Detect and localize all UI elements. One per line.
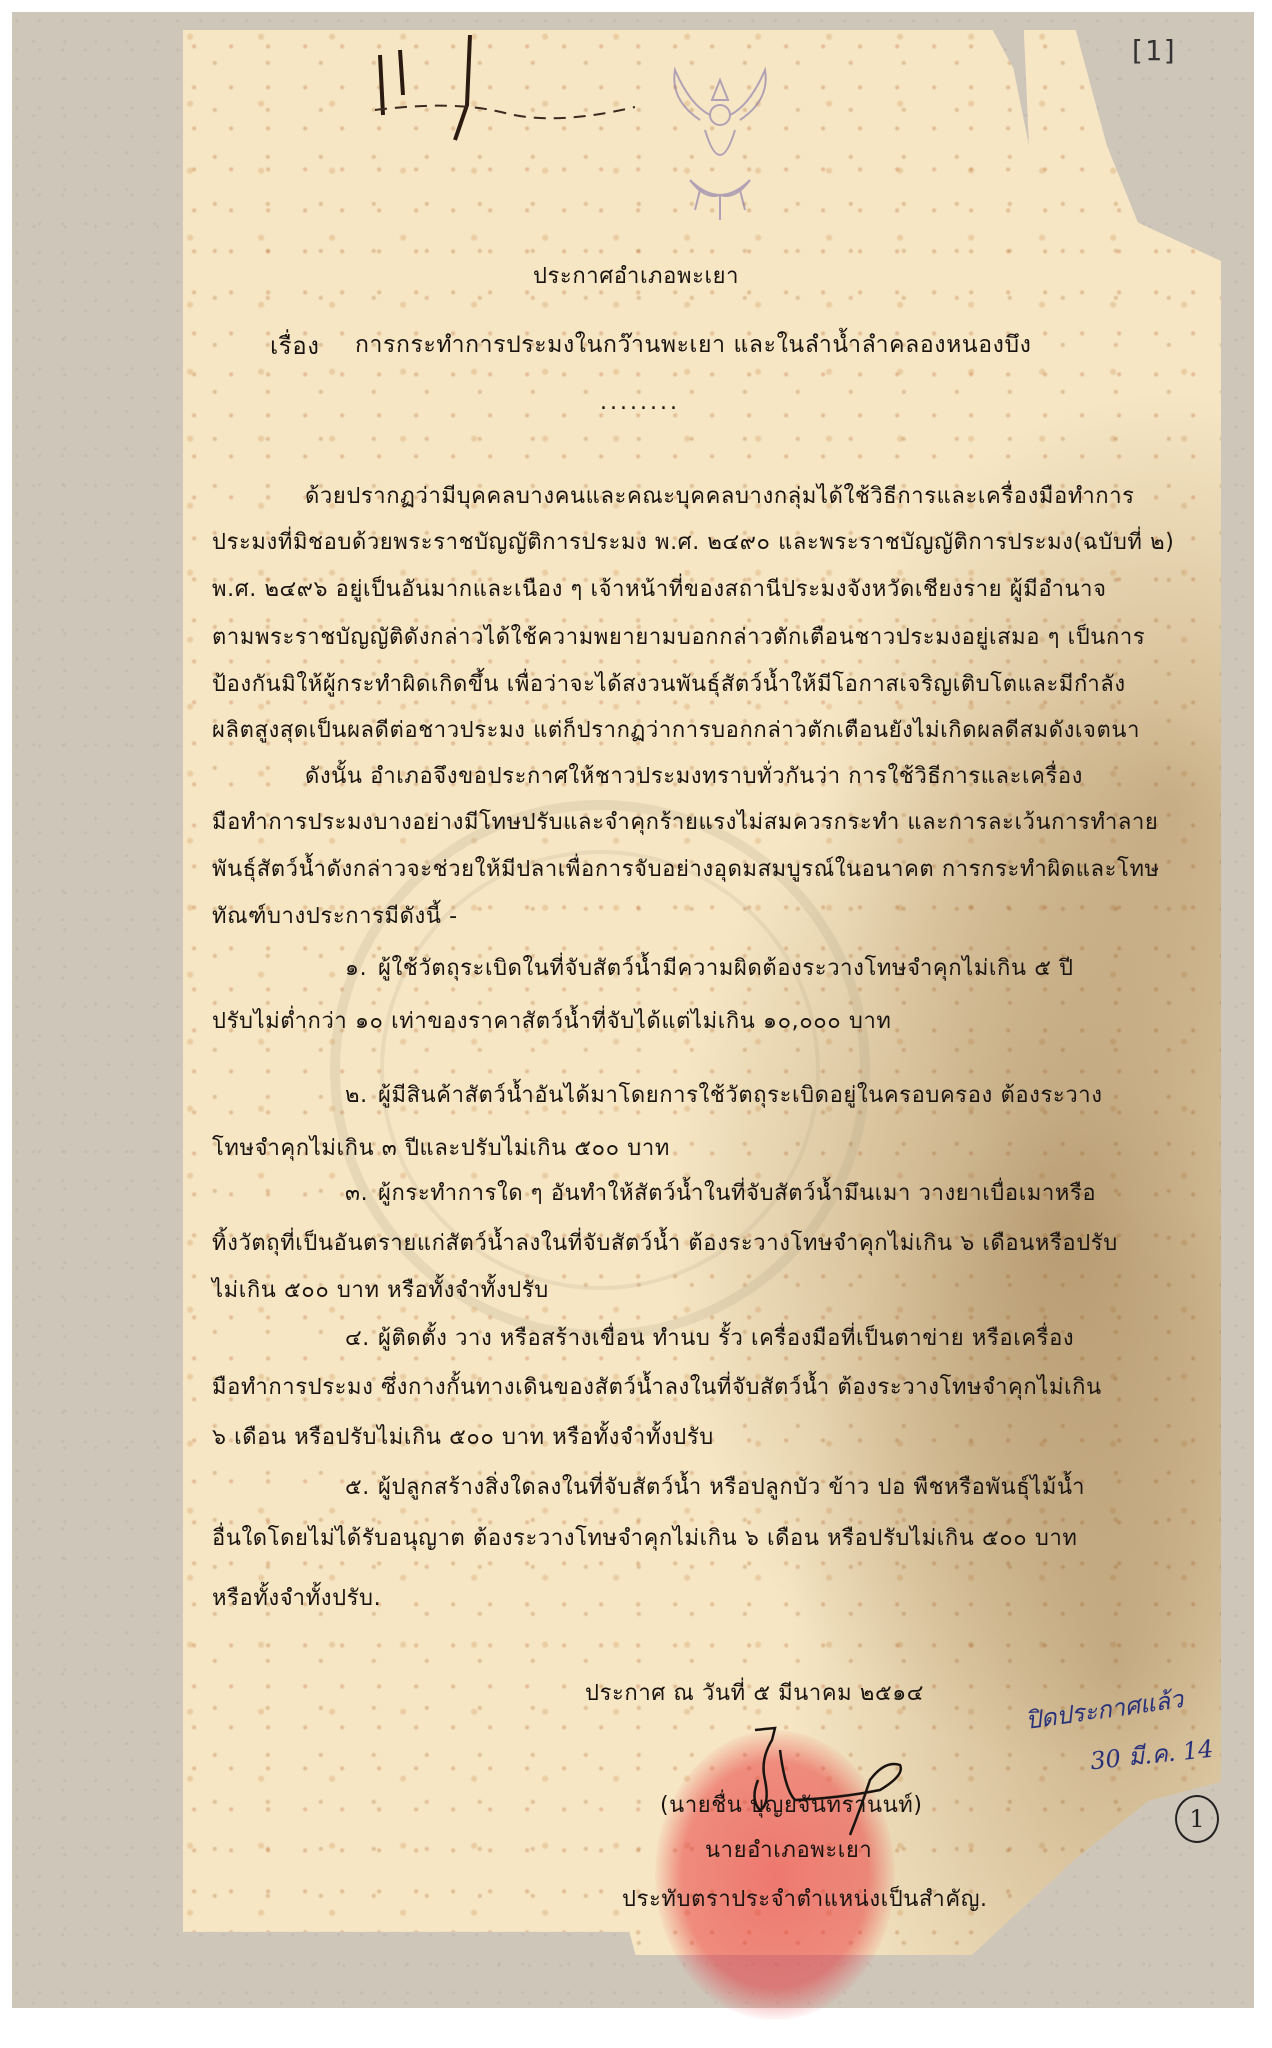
seal-note: ประทับตราประจำตำแหน่งเป็นสำคัญ. bbox=[622, 1889, 988, 1911]
paragraph1-line: พ.ศ. ๒๔๙๖ อยู่เป็นอันมากและเนือง ๆ เจ้าห… bbox=[212, 579, 1107, 601]
paragraph2-line: ทัณฑ์บางประการมีดังนี้ - bbox=[212, 906, 458, 928]
item5-number: ๕. bbox=[345, 1477, 370, 1499]
item2-line: ผู้มีสินค้าสัตว์น้ำอันได้มาโดยการใช้วัตถ… bbox=[378, 1085, 1103, 1107]
separator-dots: ........ bbox=[600, 392, 680, 414]
item5-line: อื่นใดโดยไม่ได้รับอนุญาต ต้องระวางโทษจำค… bbox=[212, 1528, 1078, 1550]
announcement-date: ประกาศ ณ วันที่ ๕ มีนาคม ๒๕๑๔ bbox=[585, 1683, 924, 1705]
item5-line: ผู้ปลูกสร้างสิ่งใดลงในที่จับสัตว์น้ำ หรื… bbox=[378, 1477, 1085, 1499]
paragraph2-line: ดังนั้น อำเภอจึงขอประกาศให้ชาวประมงทราบท… bbox=[305, 766, 1083, 788]
subject-text: การกระทำการประมงในกว๊านพะเยา และในลำน้ำล… bbox=[355, 334, 1031, 357]
page-number-circle: 1 bbox=[1175, 1795, 1219, 1843]
item4-line: มือทำการประมง ซึ่งกางกั้นทางเดินของสัตว์… bbox=[212, 1377, 1102, 1399]
archive-reference-mark: [1] bbox=[1128, 34, 1179, 67]
signature bbox=[700, 1720, 920, 1840]
item2-line: โทษจำคุกไม่เกิน ๓ ปีและปรับไม่เกิน ๕๐๐ บ… bbox=[212, 1138, 670, 1160]
item3-line: ไม่เกิน ๕๐๐ บาท หรือทั้งจำทั้งปรับ bbox=[212, 1280, 549, 1302]
paragraph1-line: ประมงที่มิชอบด้วยพระราชบัญญัติการประมง พ… bbox=[212, 532, 1174, 554]
item4-line: ผู้ติดตั้ง วาง หรือสร้างเขื่อน ทำนบ รั้ว… bbox=[378, 1328, 1074, 1350]
garuda-emblem-icon bbox=[660, 60, 780, 230]
item1-line: ผู้ใช้วัตถุระเบิดในที่จับสัตว์น้ำมีความผ… bbox=[378, 958, 1074, 980]
paragraph1-line: ตามพระราชบัญญัติดังกล่าวได้ใช้ความพยายาม… bbox=[212, 627, 1145, 649]
item3-line: ทิ้งวัตถุที่เป็นอันตรายแก่สัตว์น้ำลงในที… bbox=[212, 1233, 1118, 1255]
punch-marks bbox=[355, 35, 635, 145]
item4-line: ๖ เดือน หรือปรับไม่เกิน ๕๐๐ บาท หรือทั้ง… bbox=[212, 1427, 714, 1449]
subject-label: เรื่อง bbox=[270, 334, 320, 358]
paragraph1-line: ผลิตสูงสุดเป็นผลดีต่อชาวประมง แต่ก็ปรากฏ… bbox=[212, 720, 1140, 742]
paragraph1-line: ป้องกันมิให้ผู้กระทำผิดเกิดขึ้น เพื่อว่า… bbox=[212, 674, 1126, 696]
item3-line: ผู้กระทำการใด ๆ อันทำให้สัตว์น้ำในที่จับ… bbox=[378, 1183, 1096, 1205]
paragraph2-line: มือทำการประมงบางอย่างมีโทษปรับและจำคุกร้… bbox=[212, 812, 1158, 834]
item2-number: ๒. bbox=[345, 1085, 368, 1107]
item5-line: หรือทั้งจำทั้งปรับ. bbox=[212, 1588, 381, 1610]
item1-line: ปรับไม่ต่ำกว่า ๑๐ เท่าของราคาสัตว์น้ำที่… bbox=[212, 1011, 892, 1033]
document-heading: ประกาศอำเภอพะเยา bbox=[0, 266, 1272, 288]
paragraph1-line: ด้วยปรากฏว่ามีบุคคลบางคนและคณะบุคคลบางกล… bbox=[305, 486, 1135, 508]
item4-number: ๔. bbox=[345, 1328, 370, 1350]
signatory-name: (นายชื่น บุญยจันทรานนท์) bbox=[660, 1795, 923, 1817]
item3-number: ๓. bbox=[345, 1183, 368, 1205]
signatory-position: นายอำเภอพะเยา bbox=[705, 1840, 872, 1862]
paragraph2-line: พันธุ์สัตว์น้ำดังกล่าวจะช่วยให้มีปลาเพื่… bbox=[212, 859, 1160, 881]
item1-number: ๑. bbox=[345, 958, 367, 980]
